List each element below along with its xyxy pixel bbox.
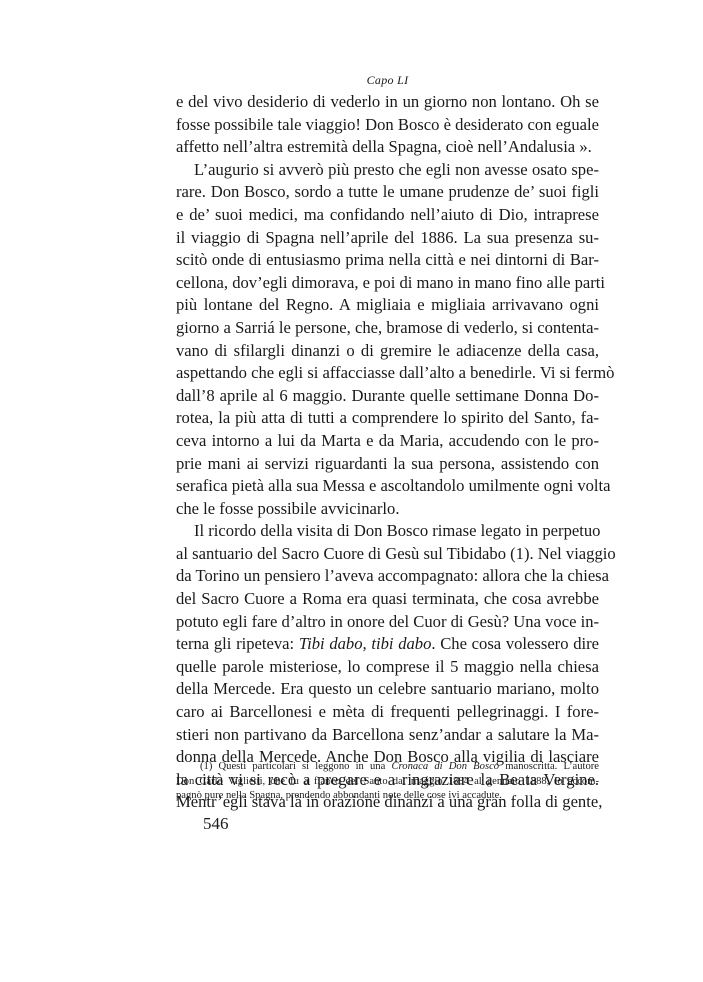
text-line: giorno a Sarriá le persone, che, bramose… <box>176 317 599 340</box>
text-line: aspettando che egli si affacciasse dall’… <box>176 362 599 385</box>
text-line: il viaggio di Spagna nell’aprile del 188… <box>176 227 599 250</box>
text-segment: terna gli ripeteva: <box>176 634 299 653</box>
footnote: (1) Questi particolari si leggono in una… <box>176 760 599 804</box>
text-line: che le fosse possibile avvicinarlo. <box>176 498 599 521</box>
footnote-text: (1) Questi particolari si leggono in una <box>200 761 391 772</box>
text-line: della Mercede. Era questo un celebre san… <box>176 678 599 701</box>
footnote-line: Don Carlo Viglietti, che fu a fianco del… <box>176 775 599 790</box>
footnote-title: Cronaca di Don Bosco <box>391 761 499 772</box>
text-line: fosse possibile tale viaggio! Don Bosco … <box>176 114 599 137</box>
text-line: al santuario del Sacro Cuore di Gesù sul… <box>176 543 599 566</box>
text-line: serafica pietà alla sua Messa e ascoltan… <box>176 475 599 498</box>
page-number: 546 <box>203 814 229 834</box>
text-line: terna gli ripeteva: Tibi dabo, tibi dabo… <box>176 633 599 656</box>
text-line: da Torino un pensiero l’aveva accompagna… <box>176 565 599 588</box>
book-page: Capo LI e del vivo desiderio di vederlo … <box>0 0 703 982</box>
text-line: rotea, la più atta di tutti a comprender… <box>176 407 599 430</box>
paragraph-start-line: L’augurio si avverò più presto che egli … <box>176 159 599 182</box>
text-line: stieri non partivano da Barcellona senz’… <box>176 724 599 747</box>
text-line: e del vivo desiderio di vederlo in un gi… <box>176 91 599 114</box>
text-segment: . Che cosa volessero dire <box>431 634 599 653</box>
text-line: prie mani ai servizi riguardanti la sua … <box>176 453 599 476</box>
text-line: rare. Don Bosco, sordo a tutte le umane … <box>176 181 599 204</box>
footnote-text: manoscritta. L’autore <box>499 761 599 772</box>
running-head: Capo LI <box>176 73 599 88</box>
text-line: cellona, dov’egli dimorava, e poi di man… <box>176 272 599 295</box>
text-line: quelle parole misteriose, lo comprese il… <box>176 656 599 679</box>
text-line: potuto egli fare d’altro in onore del Cu… <box>176 611 599 634</box>
text-line: vano di sfilargli dinanzi o di gremire l… <box>176 340 599 363</box>
latin-quote: Tibi dabo, tibi dabo <box>299 634 432 653</box>
text-line: scitò onde di entusiasmo prima nella cit… <box>176 249 599 272</box>
text-line: ceva intorno a lui da Marta e da Maria, … <box>176 430 599 453</box>
text-segment: al santuario del Sacro Cuore di Gesù sul… <box>176 544 616 563</box>
text-line: affetto nell’altra estremità della Spagn… <box>176 136 599 159</box>
text-line: e de’ suoi medici, ma confidando nell’ai… <box>176 204 599 227</box>
text-line: più lontane del Regno. A migliaia e migl… <box>176 294 599 317</box>
paragraph-start-line: Il ricordo della visita di Don Bosco rim… <box>176 520 599 543</box>
text-line: dall’8 aprile al 6 maggio. Durante quell… <box>176 385 599 408</box>
text-line: del Sacro Cuore a Roma era quasi termina… <box>176 588 599 611</box>
footnote-line: (1) Questi particolari si leggono in una… <box>176 760 599 775</box>
body-text: e del vivo desiderio di vederlo in un gi… <box>176 91 599 814</box>
text-line: caro ai Barcellonesi e mèta di frequenti… <box>176 701 599 724</box>
footnote-line: pagnò pure nella Spagna, prendendo abbon… <box>176 789 599 804</box>
